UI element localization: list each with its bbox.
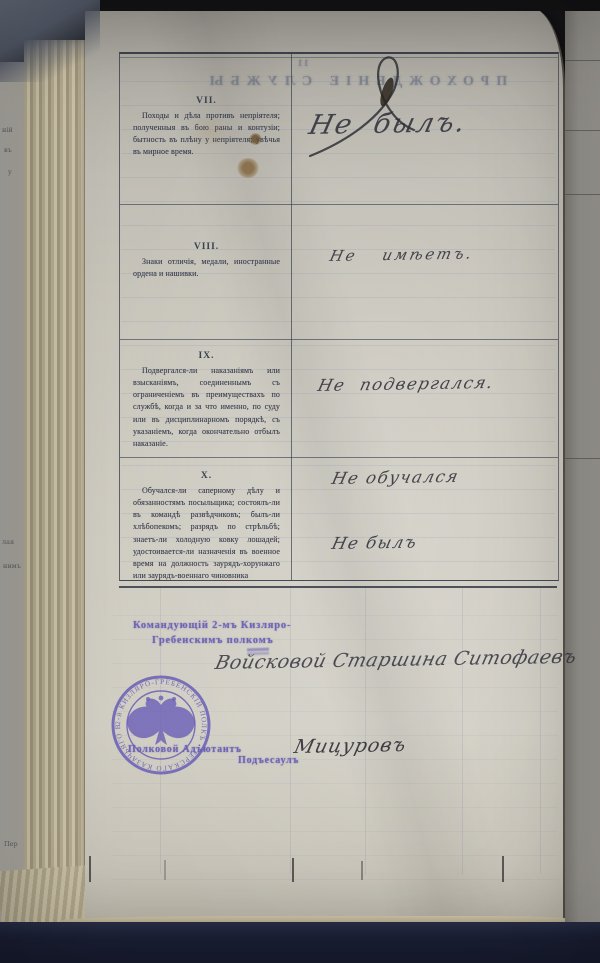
column-guide-line bbox=[540, 588, 541, 874]
column-guide-line bbox=[365, 588, 366, 874]
adjutant-signature: Мицуровъ bbox=[292, 734, 409, 758]
table-bottom-rule bbox=[119, 586, 557, 588]
ruled-line bbox=[565, 130, 600, 131]
commander-stamp-text: Командующій 2-мъ Кизляро- bbox=[133, 620, 291, 631]
ruled-line bbox=[565, 194, 600, 195]
margin-text-fragment: въ bbox=[4, 146, 12, 154]
line-end-mark bbox=[361, 861, 363, 880]
question-cell: X. Обучался-ли саперному дѣлу и обязанно… bbox=[120, 457, 291, 580]
line-end-mark bbox=[164, 860, 166, 880]
handwritten-answer-viii: Не имѣетъ. bbox=[328, 245, 476, 265]
margin-text-fragment: ній bbox=[2, 126, 13, 134]
section-question: Подвергался-ли наказаніямъ или взысканія… bbox=[133, 365, 280, 450]
table-row-viii: VIII. Знаки отличія, медали, иностранные… bbox=[120, 204, 558, 340]
handwritten-answer-ix: Не подвергался. bbox=[316, 373, 496, 395]
background-top bbox=[60, 0, 600, 11]
margin-text-fragment: лая bbox=[2, 538, 14, 546]
table-row-ix: IX. Подвергался-ли наказаніямъ или взыск… bbox=[120, 339, 558, 458]
section-question: Знаки отличія, медали, иностранные орден… bbox=[133, 256, 280, 280]
section-number: IX. bbox=[133, 351, 280, 361]
margin-text-fragment: у bbox=[8, 168, 12, 176]
paper-stain bbox=[249, 133, 262, 145]
regimental-seal: 2-й КИЗЛЯРО-ГРЕБЕНСКІЙ ПОЛКЪ • ТЕРСКАГО … bbox=[108, 672, 214, 778]
line-end-mark bbox=[89, 856, 91, 882]
question-cell: VIII. Знаки отличія, медали, иностранные… bbox=[120, 204, 291, 339]
ruled-line bbox=[565, 60, 600, 61]
background-table-cloth bbox=[0, 922, 600, 963]
photographed-service-record-page: ній въ у лая нимъ Пер 11 ПРОХОЖДЕНІЕ СЛУ… bbox=[0, 0, 600, 963]
question-cell: IX. Подвергался-ли наказаніямъ или взыск… bbox=[120, 339, 291, 457]
ruled-line bbox=[565, 458, 600, 459]
paper-stain bbox=[237, 158, 259, 178]
double-headed-eagle-icon bbox=[127, 696, 195, 745]
line-end-mark bbox=[292, 858, 294, 882]
adjutant-stamp-text: Полковой Адъютантъ bbox=[128, 744, 242, 755]
column-guide-line bbox=[462, 588, 463, 874]
handwritten-answer-vii: Не былъ. bbox=[306, 107, 470, 141]
book-page-edges bbox=[24, 40, 90, 932]
commander-stamp-text: Гребенскимъ полкомъ bbox=[152, 635, 274, 646]
handwritten-answer-x: Не обучался bbox=[330, 467, 461, 488]
section-question: Обучался-ли саперному дѣлу и обязанностя… bbox=[133, 485, 280, 582]
background-corner bbox=[0, 0, 100, 82]
handwritten-answer-x-2: Не былъ bbox=[330, 533, 420, 553]
section-number: X. bbox=[133, 471, 280, 481]
margin-text-fragment: нимъ bbox=[3, 562, 21, 570]
next-page-edge bbox=[565, 6, 600, 924]
margin-text-fragment: Пер bbox=[4, 840, 18, 848]
section-number: VII. bbox=[133, 96, 280, 106]
line-end-mark bbox=[502, 856, 504, 882]
section-number: VIII. bbox=[133, 242, 280, 252]
paper-stain bbox=[180, 118, 240, 144]
adjutant-rank-stamp-text: Подъесаулъ bbox=[238, 755, 299, 766]
